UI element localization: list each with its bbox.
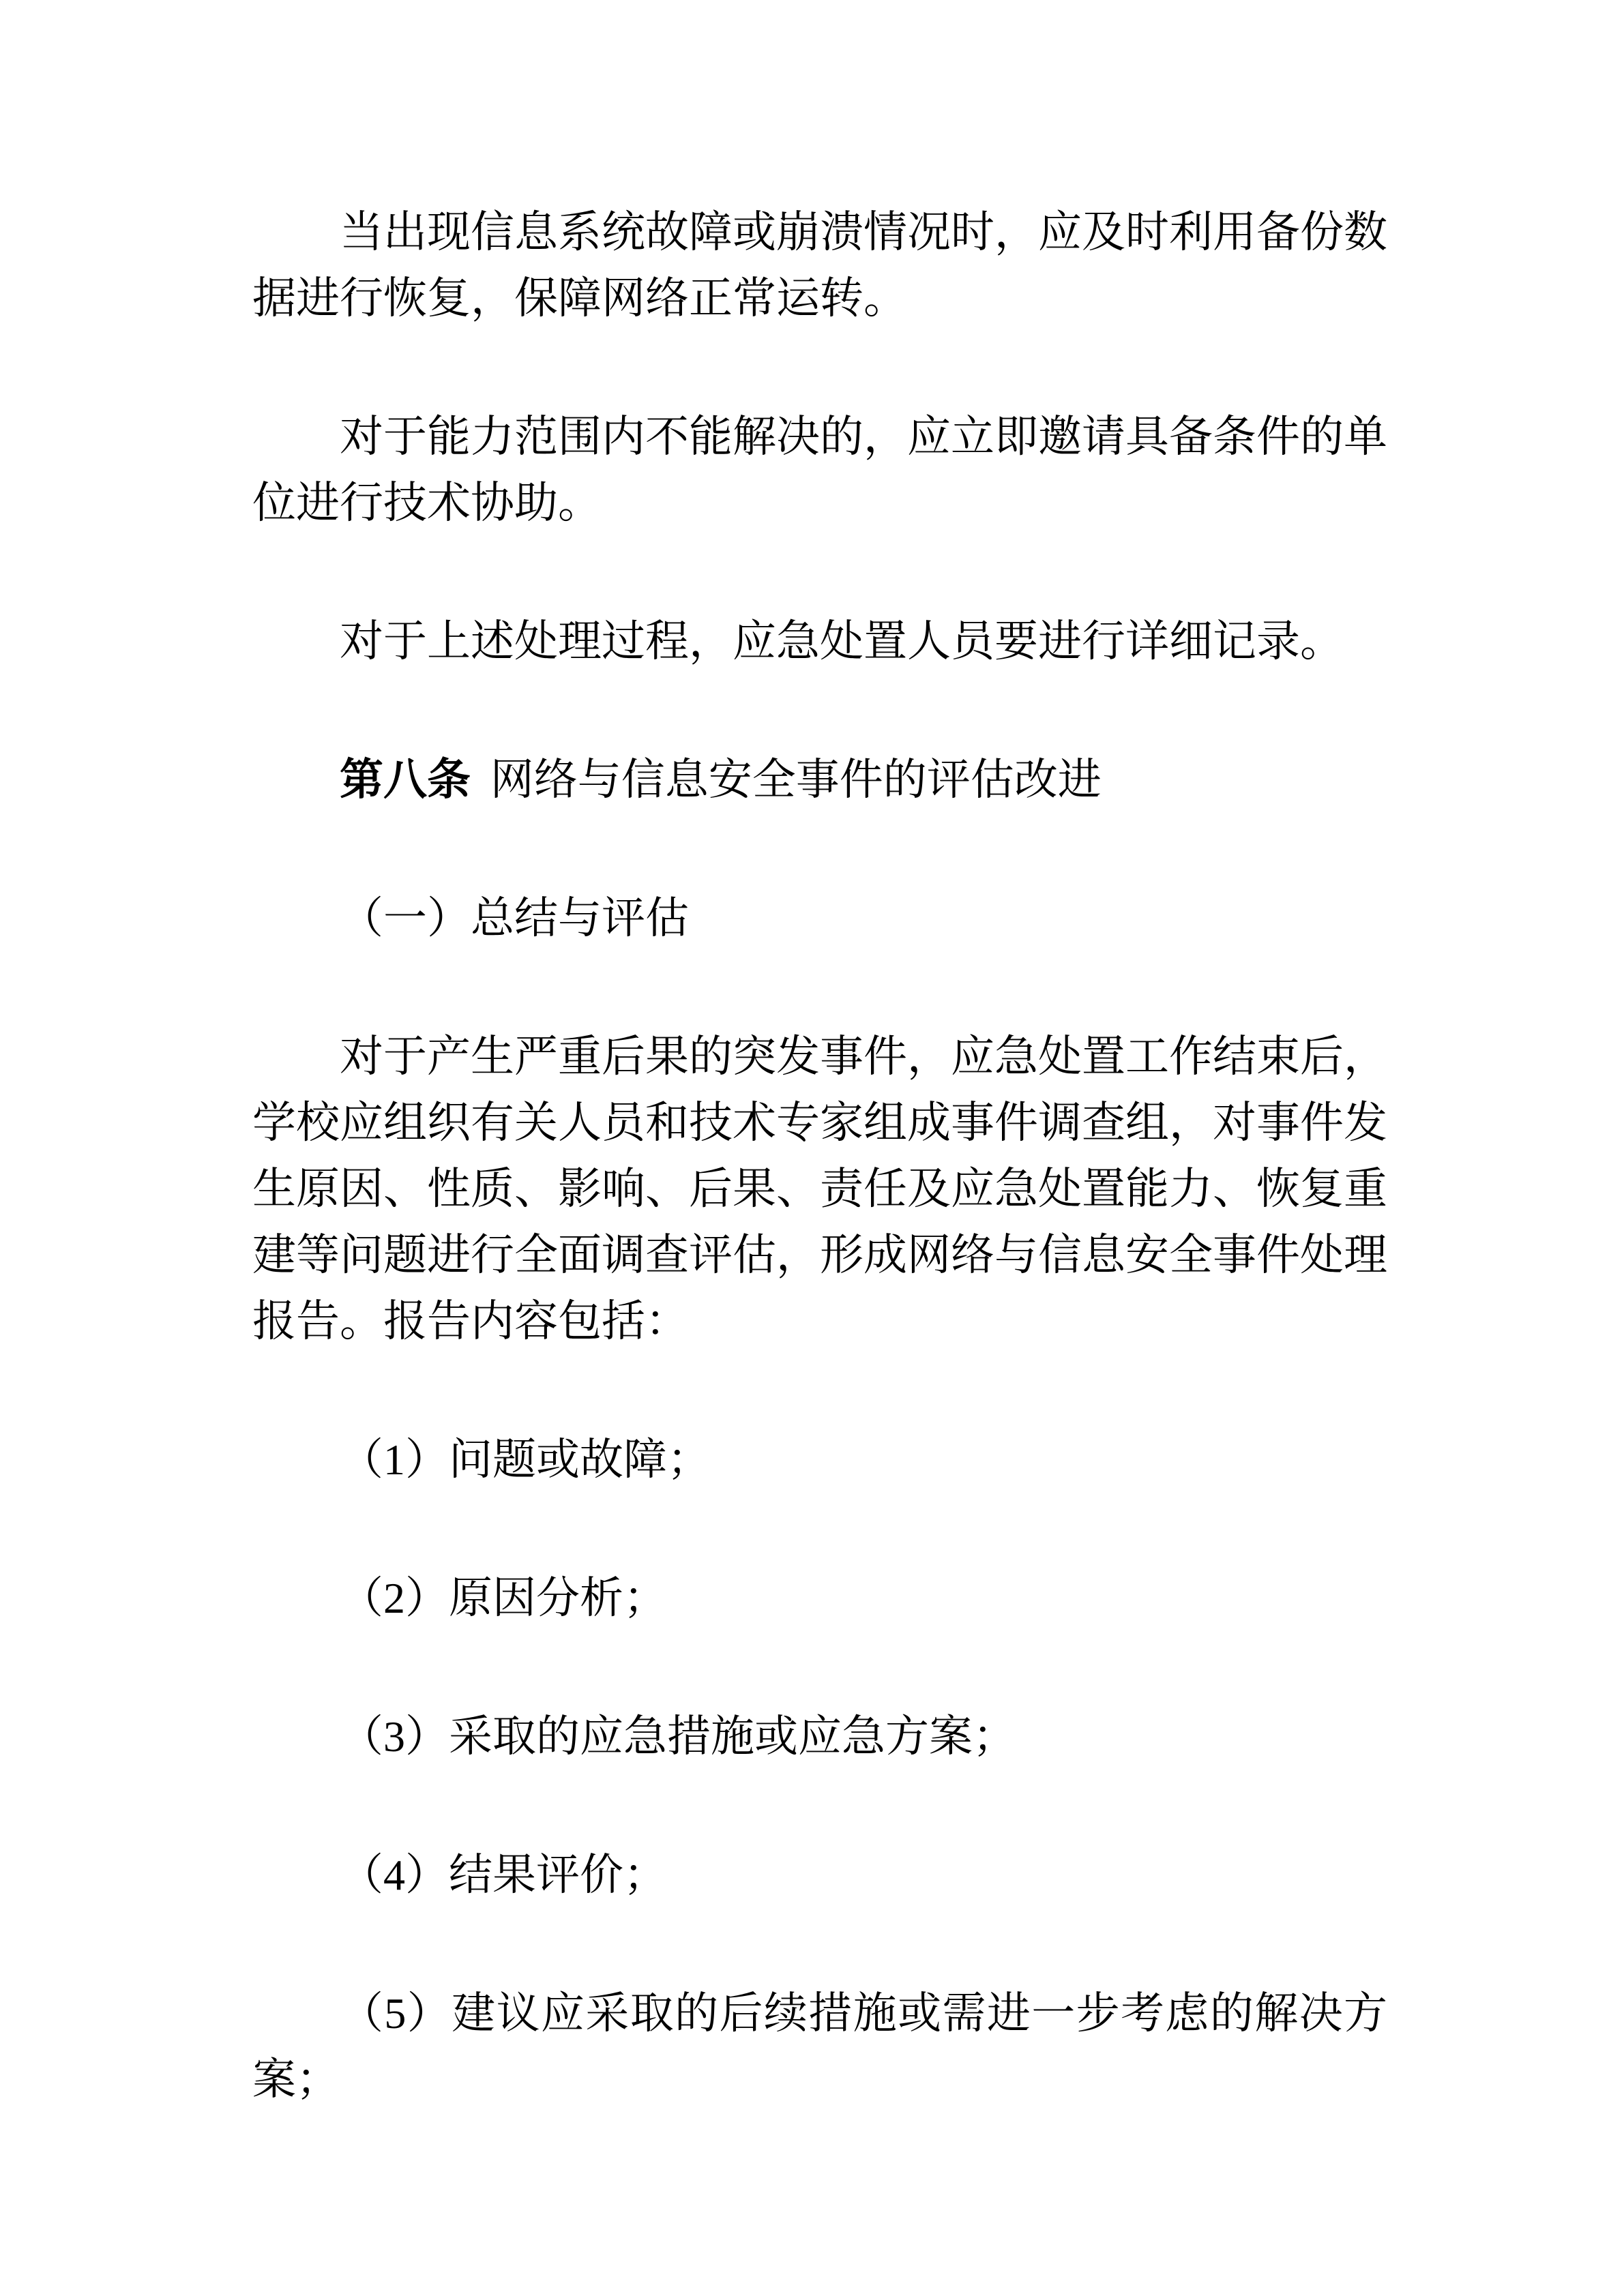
report-item: （4）结果评价； bbox=[252, 1842, 1387, 1908]
report-item: （1）问题或故障； bbox=[252, 1427, 1387, 1493]
paragraph-evaluation: 对于产生严重后果的突发事件，应急处置工作结束后，学校应组织有关人员和技术专家组成… bbox=[252, 1024, 1387, 1354]
article-heading: 第八条网络与信息安全事件的评估改进 bbox=[252, 747, 1387, 813]
report-item: （5）建议应采取的后续措施或需进一步考虑的解决方案； bbox=[252, 1980, 1387, 2113]
document-page: 当出现信息系统故障或崩溃情况时，应及时利用备份数据进行恢复，保障网络正常运转。 … bbox=[0, 0, 1624, 2296]
paragraph-external-assistance: 对于能力范围内不能解决的，应立即邀请具备条件的单位进行技术协助。 bbox=[252, 404, 1387, 536]
article-number: 第八条 bbox=[340, 756, 471, 804]
article-title: 网络与信息安全事件的评估改进 bbox=[490, 756, 1102, 804]
report-item: （3）采取的应急措施或应急方案； bbox=[252, 1703, 1387, 1770]
paragraph-backup-recovery: 当出现信息系统故障或崩溃情况时，应及时利用备份数据进行恢复，保障网络正常运转。 bbox=[252, 199, 1387, 331]
report-item: （2）原因分析； bbox=[252, 1565, 1387, 1631]
section-heading: （一）总结与评估 bbox=[252, 885, 1387, 951]
paragraph-detailed-record: 对于上述处理过程，应急处置人员要进行详细记录。 bbox=[252, 608, 1387, 674]
text-block: 当出现信息系统故障或崩溃情况时，应及时利用备份数据进行恢复，保障网络正常运转。 … bbox=[252, 199, 1387, 2113]
